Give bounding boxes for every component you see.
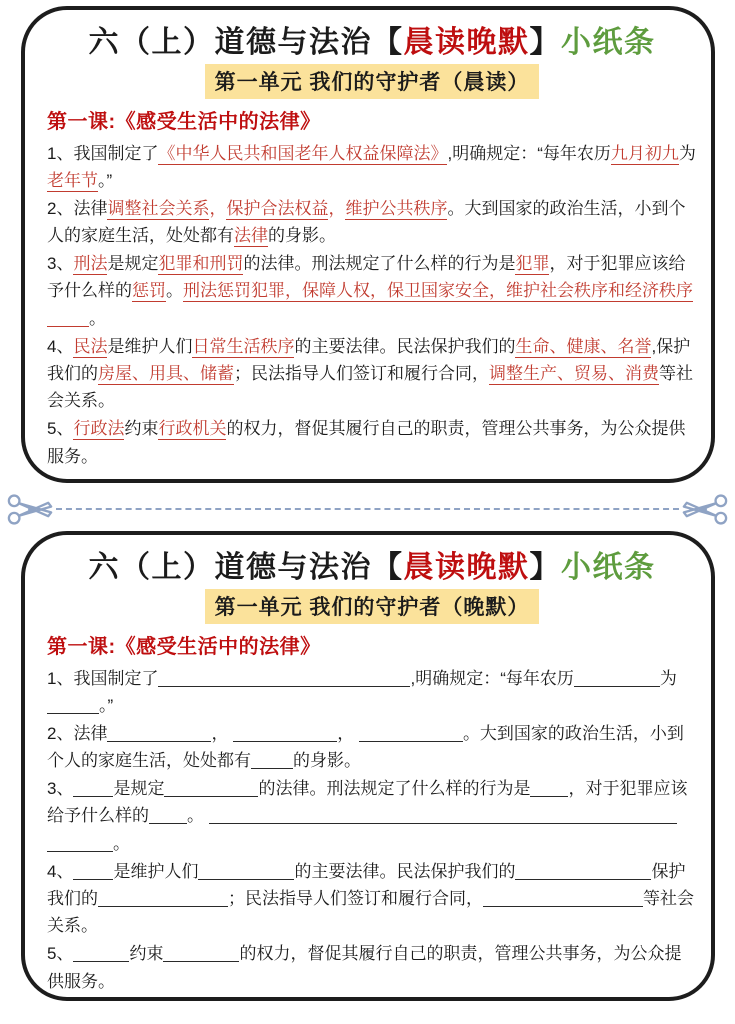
text-segment: 。 [113,834,130,853]
text-segment: 九月初九 [611,144,679,165]
text-segment: 。 [89,309,106,328]
text-segment: 约束 [124,419,158,438]
text-segment: ， [328,199,345,218]
text-segment: 犯罪和刑罚 [158,254,243,275]
text-segment: 日常生活秩序 [192,337,294,358]
scissors-icon [6,492,54,527]
text-segment: ,明确规定：“每年农历 [410,669,573,688]
text-segment: 的主要法律。民法保护我们的 [294,337,515,356]
fill-in-blank [251,754,293,769]
cut-line [6,487,729,531]
text-segment: 六（上）道德与法治【 [89,26,404,59]
text-segment: 六（上）道德与法治【 [89,551,404,584]
card-title: 六（上）道德与法治【晨读晚默】小纸条 [47,24,697,62]
fill-in-blank [73,865,113,880]
card-title: 六（上）道德与法治【晨读晚默】小纸条 [47,549,697,587]
subtitle-row: 第一单元 我们的守护者（晚默） [47,589,697,624]
fill-in-blank [47,699,99,714]
item-3: 3、是规定的法律。刑法规定了什么样的行为是，对于犯罪应该给予什么样的。 。 [47,775,697,857]
text-segment: 为 [660,669,677,688]
text-segment: ；民法指导人们签订和履行合同， [228,889,483,908]
text-segment: 房屋、用具、储蓄 [98,364,234,385]
scissors-icon [681,492,729,527]
fill-in-blank [574,672,660,687]
text-segment: 是维护人们 [107,337,192,356]
fill-in-blank [233,727,337,742]
fill-in-blank [149,809,187,824]
text-segment: 刑法 [73,254,107,275]
text-segment: 】 [530,26,562,59]
text-segment: 1、我国制定了 [47,669,158,688]
text-segment: 1、我国制定了 [47,144,158,163]
text-segment: 2、法律 [47,724,107,743]
fill-in-blank [164,782,258,797]
unit-subtitle: 第一单元 我们的守护者（晚默） [205,589,540,624]
text-segment: 的主要法律。民法保护我们的 [294,862,515,881]
text-segment: 4、 [47,337,73,356]
text-segment: 3、 [47,254,73,273]
item-2: 2、法律， ， 。大到国家的政治生活，小到个人的家庭生活，处处都有的身影。 [47,720,697,774]
evening-recite-card: 六（上）道德与法治【晨读晚默】小纸条 第一单元 我们的守护者（晚默） 第一课:《… [21,531,715,1001]
item-5: 5、约束的权力，督促其履行自己的职责，管理公共事务，为公众提供服务。 [47,940,697,994]
text-segment: ， [209,199,226,218]
text-segment: 2、法律 [47,199,107,218]
fill-in-blank [359,727,463,742]
unit-subtitle: 第一单元 我们的守护者（晨读） [205,64,540,99]
text-segment: 。 [166,281,183,300]
lesson-title: 第一课:《感受生活中的法律》 [47,105,697,134]
text-segment: 刑法惩罚犯罪，保障人权，保卫国家安全，维护社会秩序和经济秩序 [183,281,693,302]
lesson-items: 1、我国制定了,明确规定：“每年农历为。” 2、法律， ， 。大到国家的政治生活… [47,665,697,995]
fill-in-blank [515,865,651,880]
fill-in-blank [158,672,410,687]
text-segment: 法律 [234,226,268,247]
item-4: 4、民法是维护人们日常生活秩序的主要法律。民法保护我们的生命、健康、名誉,保护我… [47,333,697,415]
dashed-cut-line [56,508,679,510]
fill-in-blank [47,837,113,852]
fill-in-blank [73,782,113,797]
text-segment: 为 [679,144,696,163]
fill-in-blank [163,947,239,962]
text-segment: 的身影。 [293,751,361,770]
text-segment: 3、 [47,779,73,798]
text-segment: 调整社会关系 [107,199,209,220]
item-1: 1、我国制定了《中华人民共和国老年人权益保障法》,明确规定：“每年农历九月初九为… [47,140,697,194]
text-segment: 是规定 [107,254,158,273]
text-segment: 约束 [129,944,163,963]
worksheet-page: 六（上）道德与法治【晨读晚默】小纸条 第一单元 我们的守护者（晨读） 第一课:《… [0,0,735,1024]
fill-in-blank [47,312,89,327]
text-segment: 5、 [47,419,73,438]
fill-in-blank [483,892,643,907]
text-segment: 。 [187,806,209,825]
item-2: 2、法律调整社会关系，保护合法权益，维护公共秩序。大到国家的政治生活，小到个人的… [47,195,697,249]
text-segment: 是维护人们 [113,862,198,881]
item-5: 5、行政法约束行政机关的权力，督促其履行自己的职责，管理公共事务，为公众提供服务… [47,415,697,469]
text-segment: 。” [98,171,112,190]
text-segment: 老年节 [47,171,98,192]
text-segment: ,明确规定：“每年农历 [447,144,610,163]
text-segment: 民法 [73,337,107,358]
text-segment: 是规定 [113,779,164,798]
text-segment: 《中华人民共和国老年人权益保障法》 [158,144,447,165]
text-segment: 犯罪 [515,254,549,275]
fill-in-blank [107,727,211,742]
text-segment: 行政机关 [158,419,226,440]
text-segment: 晨读晚默 [404,551,530,584]
subtitle-row: 第一单元 我们的守护者（晨读） [47,64,697,99]
text-segment: ， [337,724,359,743]
text-segment: 晨读晚默 [404,26,530,59]
text-segment: 5、 [47,944,73,963]
lesson-title: 第一课:《感受生活中的法律》 [47,630,697,659]
text-segment: 小纸条 [561,26,656,59]
morning-reading-card: 六（上）道德与法治【晨读晚默】小纸条 第一单元 我们的守护者（晨读） 第一课:《… [21,6,715,483]
fill-in-blank [530,782,568,797]
item-3: 3、刑法是规定犯罪和刑罚的法律。刑法规定了什么样的行为是犯罪，对于犯罪应该给予什… [47,250,697,332]
text-segment: 生命、健康、名誉 [515,337,651,358]
text-segment: 调整生产、贸易、消费 [489,364,659,385]
item-1: 1、我国制定了,明确规定：“每年农历为。” [47,665,697,719]
fill-in-blank [73,947,129,962]
item-4: 4、是维护人们的主要法律。民法保护我们的保护我们的；民法指导人们签订和履行合同，… [47,858,697,940]
text-segment: 的身影。 [268,226,336,245]
text-segment: 的法律。刑法规定了什么样的行为是 [243,254,515,273]
fill-in-blank [209,809,677,824]
fill-in-blank [198,865,294,880]
text-segment: ；民法指导人们签订和履行合同， [234,364,489,383]
text-segment: 】 [530,551,562,584]
fill-in-blank [98,892,228,907]
text-segment: 的法律。刑法规定了什么样的行为是 [258,779,530,798]
text-segment: 保护合法权益 [226,199,328,220]
text-segment: 4、 [47,862,73,881]
text-segment: 惩罚 [132,281,166,302]
text-segment: 。” [99,696,113,715]
text-segment: ， [211,724,233,743]
text-segment: 维护公共秩序 [345,199,447,220]
text-segment: 小纸条 [561,551,656,584]
lesson-items: 1、我国制定了《中华人民共和国老年人权益保障法》,明确规定：“每年农历九月初九为… [47,140,697,470]
text-segment: 行政法 [73,419,124,440]
